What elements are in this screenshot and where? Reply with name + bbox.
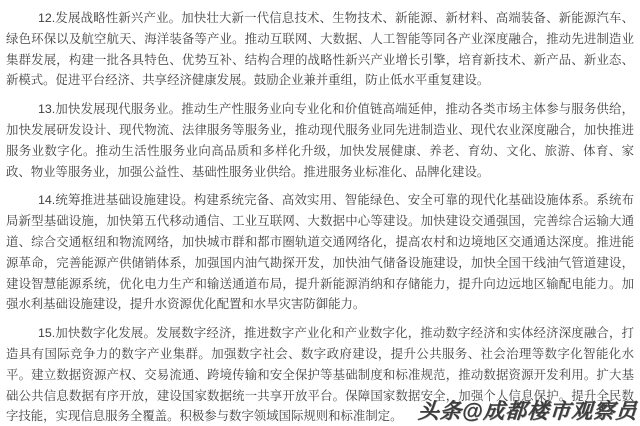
watermark: 头条@成都楼市观察员: [416, 395, 638, 425]
paragraph-14: 14.统筹推进基础设施建设。构建系统完备、高效实用、智能绿色、安全可靠的现代化基…: [6, 190, 634, 315]
paragraph-13: 13.加快发展现代服务业。推动生产性服务业向专业化和价值链高端延伸，推动各类市场…: [6, 99, 634, 182]
document-body: 12.发展战略性新兴产业。加快壮大新一代信息技术、生物技术、新能源、新材料、高端…: [0, 0, 640, 426]
paragraph-12: 12.发展战略性新兴产业。加快壮大新一代信息技术、生物技术、新能源、新材料、高端…: [6, 8, 634, 91]
